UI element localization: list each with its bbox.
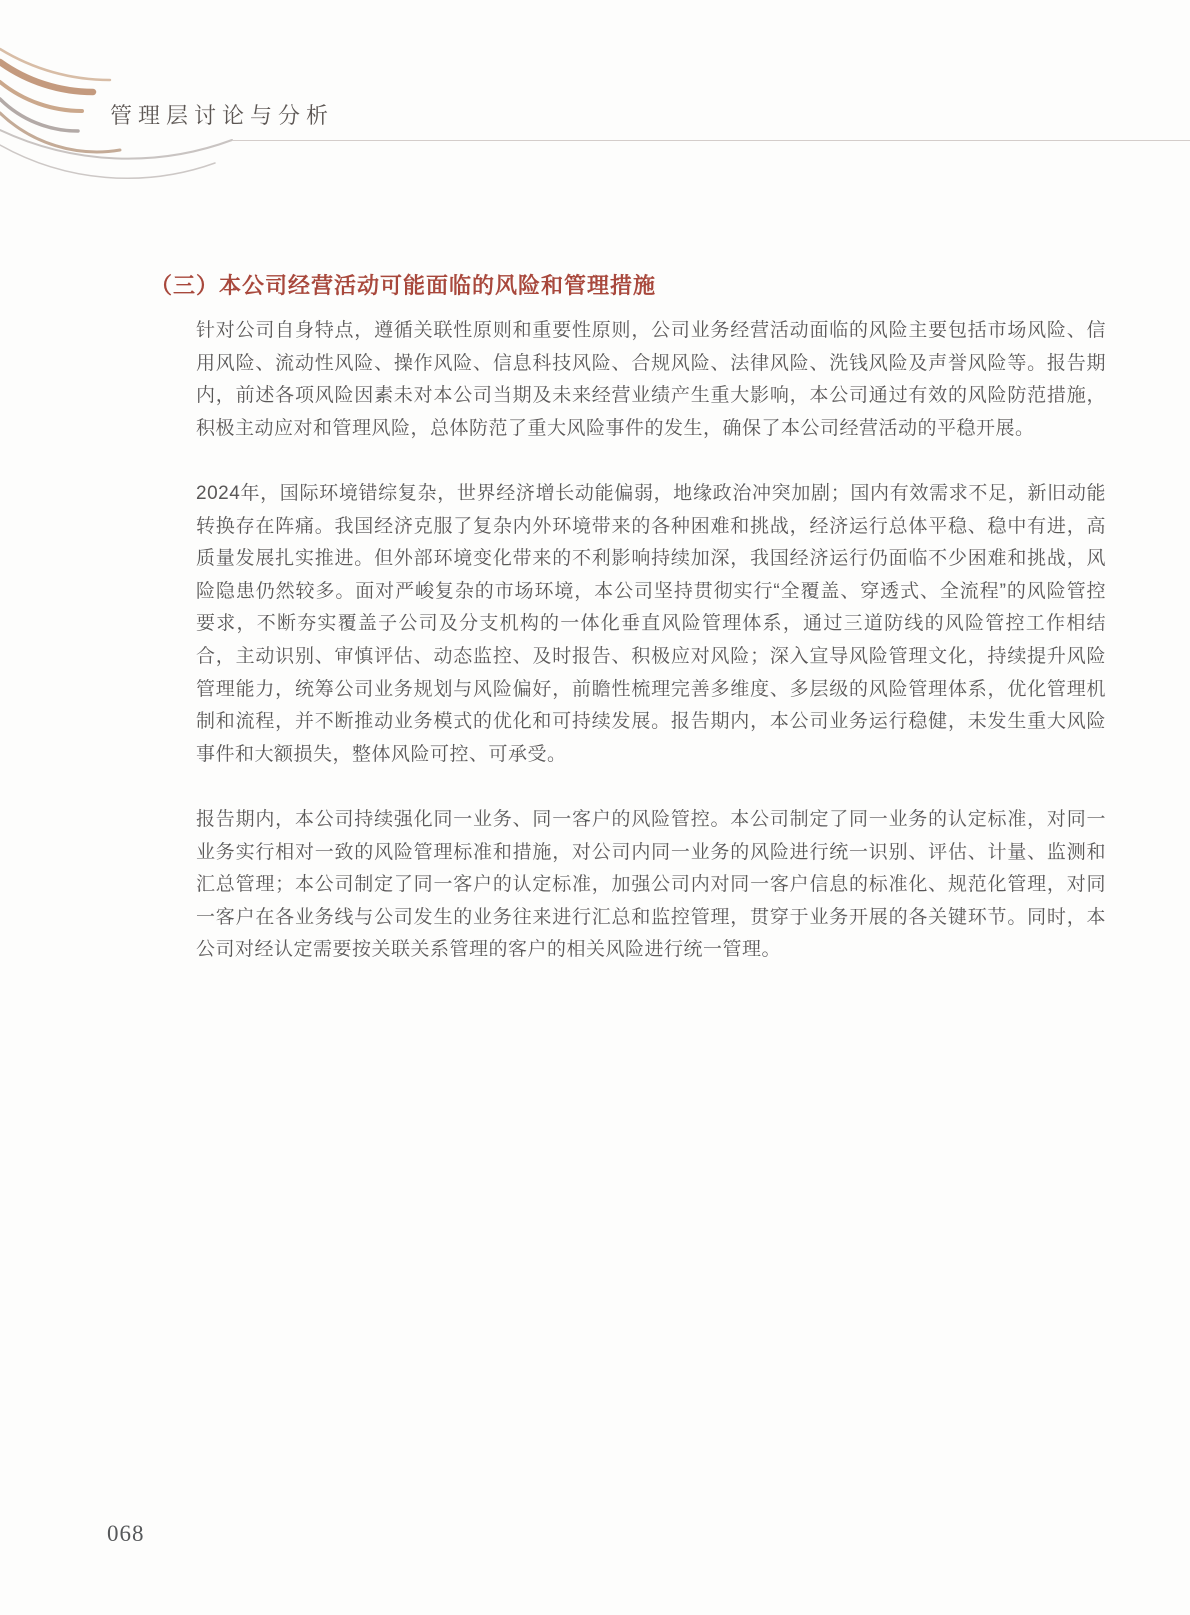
paragraph-risk-environment: 2024年，国际环境错综复杂，世界经济增长动能偏弱，地缘政治冲突加剧；国内有效需… [196, 478, 1106, 771]
section-heading: （三）本公司经营活动可能面临的风险和管理措施 [150, 269, 656, 300]
section-body: 针对公司自身特点，遵循关联性原则和重要性原则，公司业务经营活动面临的风险主要包括… [196, 315, 1106, 999]
page-number: 068 [107, 1521, 145, 1547]
report-page: 管理层讨论与分析 （三）本公司经营活动可能面临的风险和管理措施 针对公司自身特点… [0, 0, 1190, 1615]
page-header-title: 管理层讨论与分析 [110, 99, 334, 130]
header-divider [233, 140, 1190, 141]
paragraph-risk-overview: 针对公司自身特点，遵循关联性原则和重要性原则，公司业务经营活动面临的风险主要包括… [196, 315, 1106, 445]
paragraph-risk-controls: 报告期内，本公司持续强化同一业务、同一客户的风险管控。本公司制定了同一业务的认定… [196, 804, 1106, 967]
